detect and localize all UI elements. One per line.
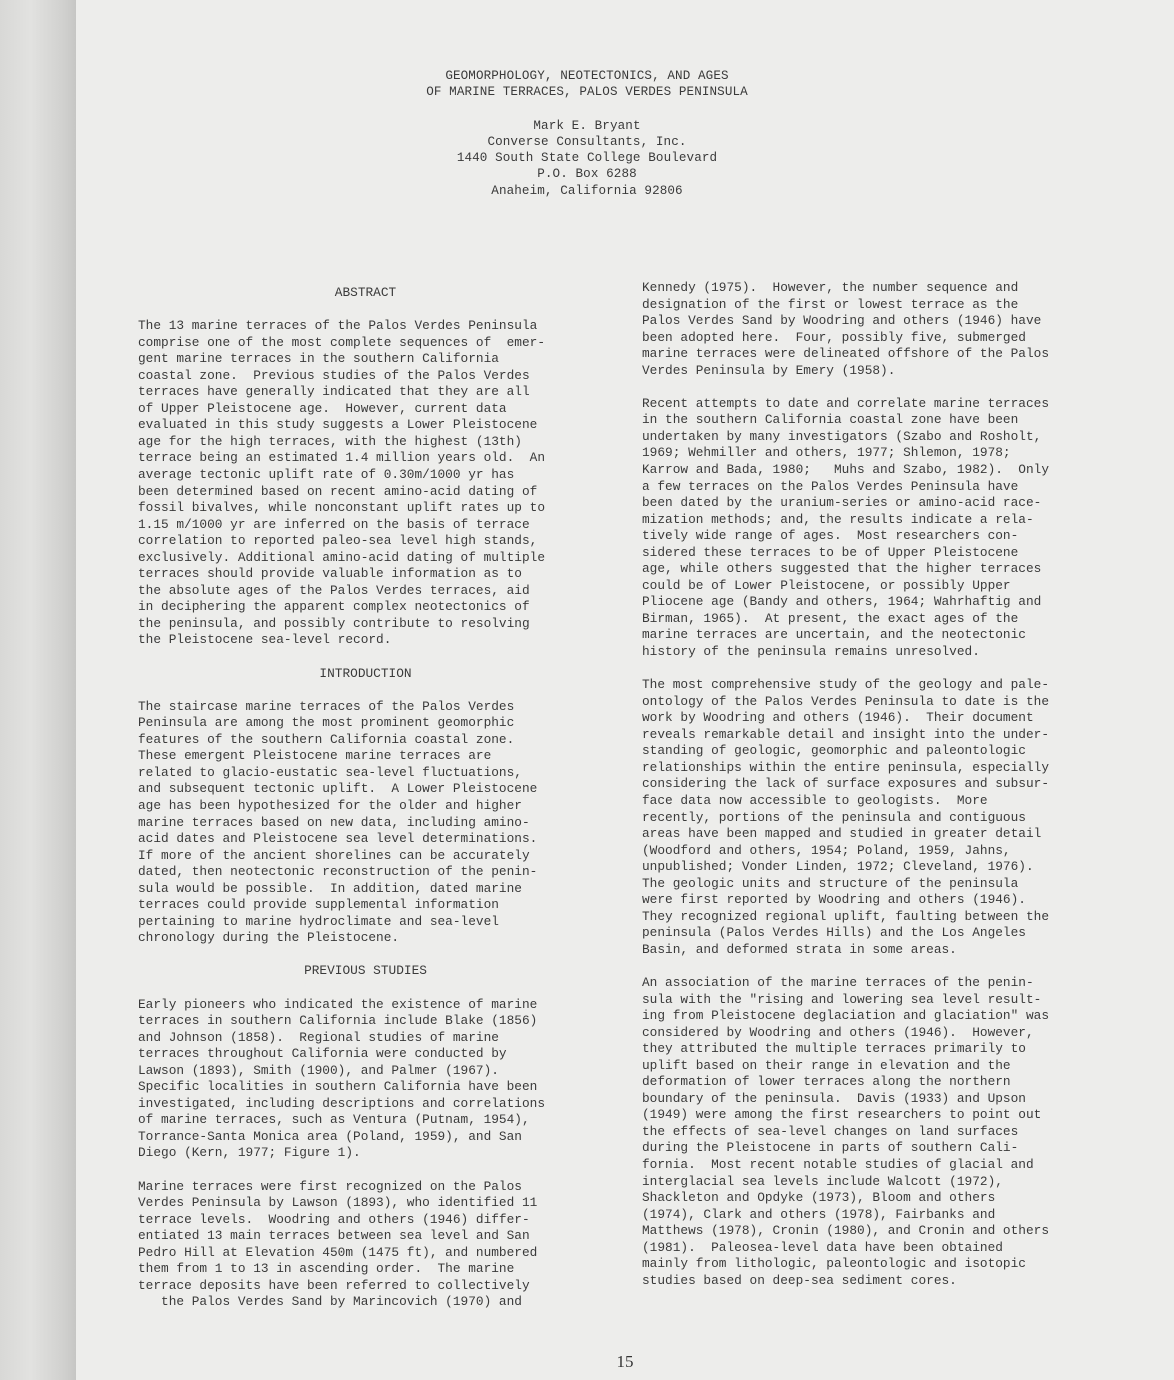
paper-title-line-1: GEOMORPHOLOGY, NEOTECTONICS, AND AGES: [0, 68, 1174, 84]
text-line: been determined based on recent amino-ac…: [138, 484, 598, 501]
section-heading: PREVIOUS STUDIES: [138, 963, 593, 980]
text-line: dated, then neotectonic reconstruction o…: [138, 864, 598, 881]
text-line: interglacial sea levels include Walcott …: [642, 1174, 1107, 1191]
paragraph-gap: [138, 682, 598, 699]
text-line: terrace being an estimated 1.4 million y…: [138, 450, 598, 467]
text-line: the peninsula, and possibly contribute t…: [138, 616, 598, 633]
text-line: age for the high terraces, with the high…: [138, 434, 598, 451]
text-line: could be of Lower Pleistocene, or possib…: [642, 578, 1107, 595]
text-line: comprise one of the most complete sequen…: [138, 335, 598, 352]
text-line: Pliocene age (Bandy and others, 1964; Wa…: [642, 594, 1107, 611]
text-line: they attributed the multiple terraces pr…: [642, 1041, 1107, 1058]
text-line: Peninsula are among the most prominent g…: [138, 715, 598, 732]
text-line: If more of the ancient shorelines can be…: [138, 848, 598, 865]
text-line: (1974), Clark and others (1978), Fairban…: [642, 1207, 1107, 1224]
text-line: the effects of sea-level changes on land…: [642, 1124, 1107, 1141]
text-line: them from 1 to 13 in ascending order. Th…: [138, 1261, 598, 1278]
text-line: history of the peninsula remains unresol…: [642, 644, 1107, 661]
text-line: work by Woodring and others (1946). Thei…: [642, 710, 1107, 727]
paragraph-gap: [138, 302, 598, 319]
text-line: features of the southern California coas…: [138, 732, 598, 749]
paragraph-gap: [138, 1162, 598, 1179]
text-line: undertaken by many investigators (Szabo …: [642, 429, 1107, 446]
author-name: Mark E. Bryant: [0, 118, 1174, 134]
text-line: terrace deposits have been referred to c…: [138, 1278, 598, 1295]
text-line: Basin, and deformed strata in some areas…: [642, 942, 1107, 959]
text-line: exclusively. Additional amino-acid datin…: [138, 550, 598, 567]
text-line: uplift based on their range in elevation…: [642, 1058, 1107, 1075]
text-line: Birman, 1965). At present, the exact age…: [642, 611, 1107, 628]
left-column: ABSTRACTThe 13 marine terraces of the Pa…: [138, 285, 598, 1311]
text-line: studies based on deep-sea sediment cores…: [642, 1273, 1107, 1290]
text-line: marine terraces are uncertain, and the n…: [642, 627, 1107, 644]
affiliation-line-2: 1440 South State College Boulevard: [0, 150, 1174, 166]
text-line: ontology of the Palos Verdes Peninsula t…: [642, 694, 1107, 711]
text-line: reveals remarkable detail and insight in…: [642, 727, 1107, 744]
paragraph-gap: [642, 379, 1107, 396]
text-line: average tectonic uplift rate of 0.30m/10…: [138, 467, 598, 484]
text-line: Verdes Peninsula by Lawson (1893), who i…: [138, 1195, 598, 1212]
text-line: Lawson (1893), Smith (1900), and Palmer …: [138, 1063, 598, 1080]
text-line: 1969; Wehmiller and others, 1977; Shlemo…: [642, 445, 1107, 462]
text-line: pertaining to marine hydroclimate and se…: [138, 914, 598, 931]
text-line: and Johnson (1858). Regional studies of …: [138, 1030, 598, 1047]
text-line: terraces have generally indicated that t…: [138, 384, 598, 401]
text-line: terrace levels. Woodring and others (194…: [138, 1212, 598, 1229]
text-line: unpublished; Vonder Linden, 1972; Clevel…: [642, 859, 1107, 876]
affiliation-line-4: Anaheim, California 92806: [0, 183, 1174, 199]
text-line: (1981). Paleosea-level data have been ob…: [642, 1240, 1107, 1257]
text-line: terraces throughout California were cond…: [138, 1046, 598, 1063]
text-line: the Palos Verdes Sand by Marincovich (19…: [138, 1294, 598, 1311]
text-line: Specific localities in southern Californ…: [138, 1079, 598, 1096]
text-line: Early pioneers who indicated the existen…: [138, 997, 598, 1014]
text-line: chronology during the Pleistocene.: [138, 930, 598, 947]
text-line: Diego (Kern, 1977; Figure 1).: [138, 1145, 598, 1162]
text-line: boundary of the peninsula. Davis (1933) …: [642, 1091, 1107, 1108]
text-line: terraces in southern California include …: [138, 1013, 598, 1030]
text-line: tively wide range of ages. Most research…: [642, 528, 1107, 545]
text-line: the absolute ages of the Palos Verdes te…: [138, 583, 598, 600]
text-line: considering the lack of surface exposure…: [642, 776, 1107, 793]
text-line: Marine terraces were first recognized on…: [138, 1179, 598, 1196]
text-line: sula would be possible. In addition, dat…: [138, 881, 598, 898]
text-line: These emergent Pleistocene marine terrac…: [138, 748, 598, 765]
text-line: (1949) were among the first researchers …: [642, 1107, 1107, 1124]
text-line: related to glacio-eustatic sea-level flu…: [138, 765, 598, 782]
text-line: during the Pleistocene in parts of south…: [642, 1140, 1107, 1157]
paragraph-gap: [138, 947, 598, 964]
text-line: been adopted here. Four, possibly five, …: [642, 330, 1107, 347]
text-line: of Upper Pleistocene age. However, curre…: [138, 401, 598, 418]
paper-header: GEOMORPHOLOGY, NEOTECTONICS, AND AGES OF…: [0, 68, 1174, 199]
text-line: Palos Verdes Sand by Woodring and others…: [642, 313, 1107, 330]
text-line: face data now accessible to geologists. …: [642, 793, 1107, 810]
text-line: 1.15 m/1000 yr are inferred on the basis…: [138, 517, 598, 534]
text-line: the Pleistocene sea-level record.: [138, 632, 598, 649]
text-line: fossil bivalves, while nonconstant uplif…: [138, 500, 598, 517]
text-line: investigated, including descriptions and…: [138, 1096, 598, 1113]
text-line: age has been hypothesized for the older …: [138, 798, 598, 815]
text-line: An association of the marine terraces of…: [642, 975, 1107, 992]
text-line: mization methods; and, the results indic…: [642, 512, 1107, 529]
text-line: in deciphering the apparent complex neot…: [138, 599, 598, 616]
text-line: relationships within the entire peninsul…: [642, 760, 1107, 777]
paper-title-line-2: OF MARINE TERRACES, PALOS VERDES PENINSU…: [0, 84, 1174, 100]
text-line: Shackleton and Opdyke (1973), Bloom and …: [642, 1190, 1107, 1207]
text-line: entiated 13 main terraces between sea le…: [138, 1228, 598, 1245]
text-line: a few terraces on the Palos Verdes Penin…: [642, 479, 1107, 496]
text-line: Karrow and Bada, 1980; Muhs and Szabo, 1…: [642, 462, 1107, 479]
text-line: in the southern California coastal zone …: [642, 412, 1107, 429]
text-line: mainly from lithologic, paleontologic an…: [642, 1256, 1107, 1273]
text-line: been dated by the uranium-series or amin…: [642, 495, 1107, 512]
text-line: marine terraces were delineated offshore…: [642, 346, 1107, 363]
text-line: recently, portions of the peninsula and …: [642, 810, 1107, 827]
text-line: age, while others suggested that the hig…: [642, 561, 1107, 578]
text-line: acid dates and Pleistocene sea level det…: [138, 831, 598, 848]
text-line: Matthews (1978), Cronin (1980), and Cron…: [642, 1223, 1107, 1240]
text-line: considered by Woodring and others (1946)…: [642, 1025, 1107, 1042]
text-line: (Woodford and others, 1954; Poland, 1959…: [642, 843, 1107, 860]
page-number: 15: [0, 1352, 1174, 1372]
text-line: Verdes Peninsula by Emery (1958).: [642, 363, 1107, 380]
text-line: were first reported by Woodring and othe…: [642, 892, 1107, 909]
text-line: designation of the first or lowest terra…: [642, 297, 1107, 314]
text-line: coastal zone. Previous studies of the Pa…: [138, 368, 598, 385]
text-line: The 13 marine terraces of the Palos Verd…: [138, 318, 598, 335]
text-line: terraces could provide supplemental info…: [138, 897, 598, 914]
text-line: correlation to reported paleo-sea level …: [138, 533, 598, 550]
paragraph-gap: [642, 661, 1107, 678]
text-line: peninsula (Palos Verdes Hills) and the L…: [642, 925, 1107, 942]
text-line: Recent attempts to date and correlate ma…: [642, 396, 1107, 413]
paragraph-gap: [138, 980, 598, 997]
text-line: sula with the "rising and lowering sea l…: [642, 992, 1107, 1009]
paragraph-gap: [138, 649, 598, 666]
section-heading: ABSTRACT: [138, 285, 593, 302]
affiliation-line-3: P.O. Box 6288: [0, 166, 1174, 182]
text-line: terraces should provide valuable informa…: [138, 566, 598, 583]
text-line: fornia. Most recent notable studies of g…: [642, 1157, 1107, 1174]
text-line: Kennedy (1975). However, the number sequ…: [642, 280, 1107, 297]
text-line: Pedro Hill at Elevation 450m (1475 ft), …: [138, 1245, 598, 1262]
book-binding-shadow: [0, 0, 76, 1380]
text-line: and subsequent tectonic uplift. A Lower …: [138, 781, 598, 798]
text-line: gent marine terraces in the southern Cal…: [138, 351, 598, 368]
text-line: marine terraces based on new data, inclu…: [138, 815, 598, 832]
text-line: evaluated in this study suggests a Lower…: [138, 417, 598, 434]
affiliation-line-1: Converse Consultants, Inc.: [0, 134, 1174, 150]
section-heading: INTRODUCTION: [138, 666, 593, 683]
text-line: deformation of lower terraces along the …: [642, 1074, 1107, 1091]
text-line: The geologic units and structure of the …: [642, 876, 1107, 893]
text-line: The staircase marine terraces of the Pal…: [138, 699, 598, 716]
text-line: Torrance-Santa Monica area (Poland, 1959…: [138, 1129, 598, 1146]
text-line: They recognized regional uplift, faultin…: [642, 909, 1107, 926]
text-line: The most comprehensive study of the geol…: [642, 677, 1107, 694]
paragraph-gap: [642, 958, 1107, 975]
text-line: areas have been mapped and studied in gr…: [642, 826, 1107, 843]
text-line: standing of geologic, geomorphic and pal…: [642, 743, 1107, 760]
text-line: ing from Pleistocene deglaciation and gl…: [642, 1008, 1107, 1025]
right-column: Kennedy (1975). However, the number sequ…: [642, 280, 1107, 1289]
text-line: of marine terraces, such as Ventura (Put…: [138, 1112, 598, 1129]
text-line: sidered these terraces to be of Upper Pl…: [642, 545, 1107, 562]
